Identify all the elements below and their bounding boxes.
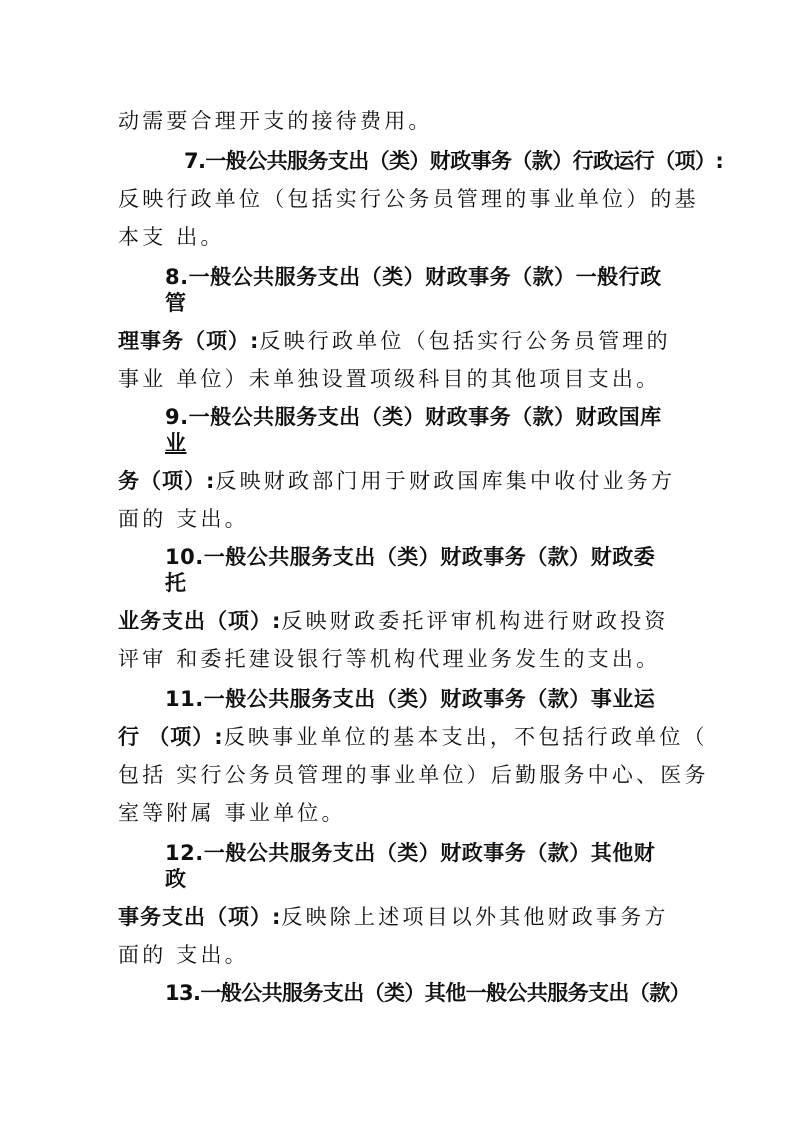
paragraph-line: 本支 出。: [118, 224, 225, 250]
item-lead: 务（项）:: [118, 469, 215, 493]
section-heading-12: 12.一般公共服务支出（类）财政事务（款）其他财: [165, 840, 655, 866]
item-lead: 业务支出（项）:: [118, 609, 281, 633]
section-heading-9: 9.一般公共服务支出（类）财政事务（款）财政国库: [165, 404, 662, 430]
paragraph-line: 动需要合理开支的接待费用。: [118, 108, 433, 134]
item-desc: 反映除上述项目以外其他财政事务方: [281, 905, 668, 929]
paragraph-line: 反映行政单位（包括实行公务员管理的事业单位）的基: [118, 186, 699, 212]
item-desc: 反映财政部门用于财政国库集中收付业务方: [215, 469, 675, 493]
section-heading-8: 8.一般公共服务支出（类）财政事务（款）一般行政: [165, 264, 662, 290]
paragraph-line: 理事务（项）:反映行政单位（包括实行公务员管理的: [118, 328, 671, 354]
section-heading-10: 10.一般公共服务支出（类）财政事务（款）财政委: [165, 544, 655, 570]
item-lead: 理事务（项）:: [118, 329, 259, 353]
item-desc: 反映行政单位（包括实行公务员管理的: [259, 329, 670, 353]
paragraph-line: 事务支出（项）:反映除上述项目以外其他财政事务方: [118, 904, 669, 930]
section-heading-9-cont: 业: [165, 430, 187, 456]
paragraph-line: 评审 和委托建设银行等机构代理业务发生的支出。: [118, 646, 660, 672]
paragraph-line: 务（项）:反映财政部门用于财政国库集中收付业务方: [118, 468, 675, 494]
item-lead: 事务支出（项）:: [118, 905, 281, 929]
paragraph-line: 面的 支出。: [118, 942, 249, 968]
section-heading-10-cont: 托: [165, 570, 187, 596]
paragraph-line: 面的 支出。: [118, 506, 249, 532]
section-heading-7: 7.一般公共服务支出（类）财政事务（款）行政运行（项）:: [184, 148, 723, 174]
section-heading-13: 13.一般公共服务支出（类）其他一般公共服务支出（款）: [165, 980, 690, 1006]
paragraph-line: 包括 实行公务员管理的事业单位）后勤服务中心、医务: [118, 762, 709, 788]
section-heading-12-cont: 政: [165, 866, 187, 892]
item-desc: 反映财政委托评审机构进行财政投资: [281, 609, 668, 633]
section-heading-11: 11.一般公共服务支出（类）财政事务（款）事业运: [165, 686, 655, 712]
paragraph-line: 业务支出（项）:反映财政委托评审机构进行财政投资: [118, 608, 669, 634]
paragraph-line: 行 （项）:反映事业单位的基本支出，不包括行政单位（: [118, 724, 708, 750]
section-heading-8-cont: 管: [165, 290, 187, 316]
item-desc: 反映事业单位的基本支出，不包括行政单位（: [224, 725, 708, 749]
paragraph-line: 室等附属 事业单位。: [118, 800, 346, 826]
item-lead: 行 （项）:: [118, 725, 224, 749]
paragraph-line: 事业 单位）未单独设置项级科目的其他项目支出。: [118, 366, 660, 392]
